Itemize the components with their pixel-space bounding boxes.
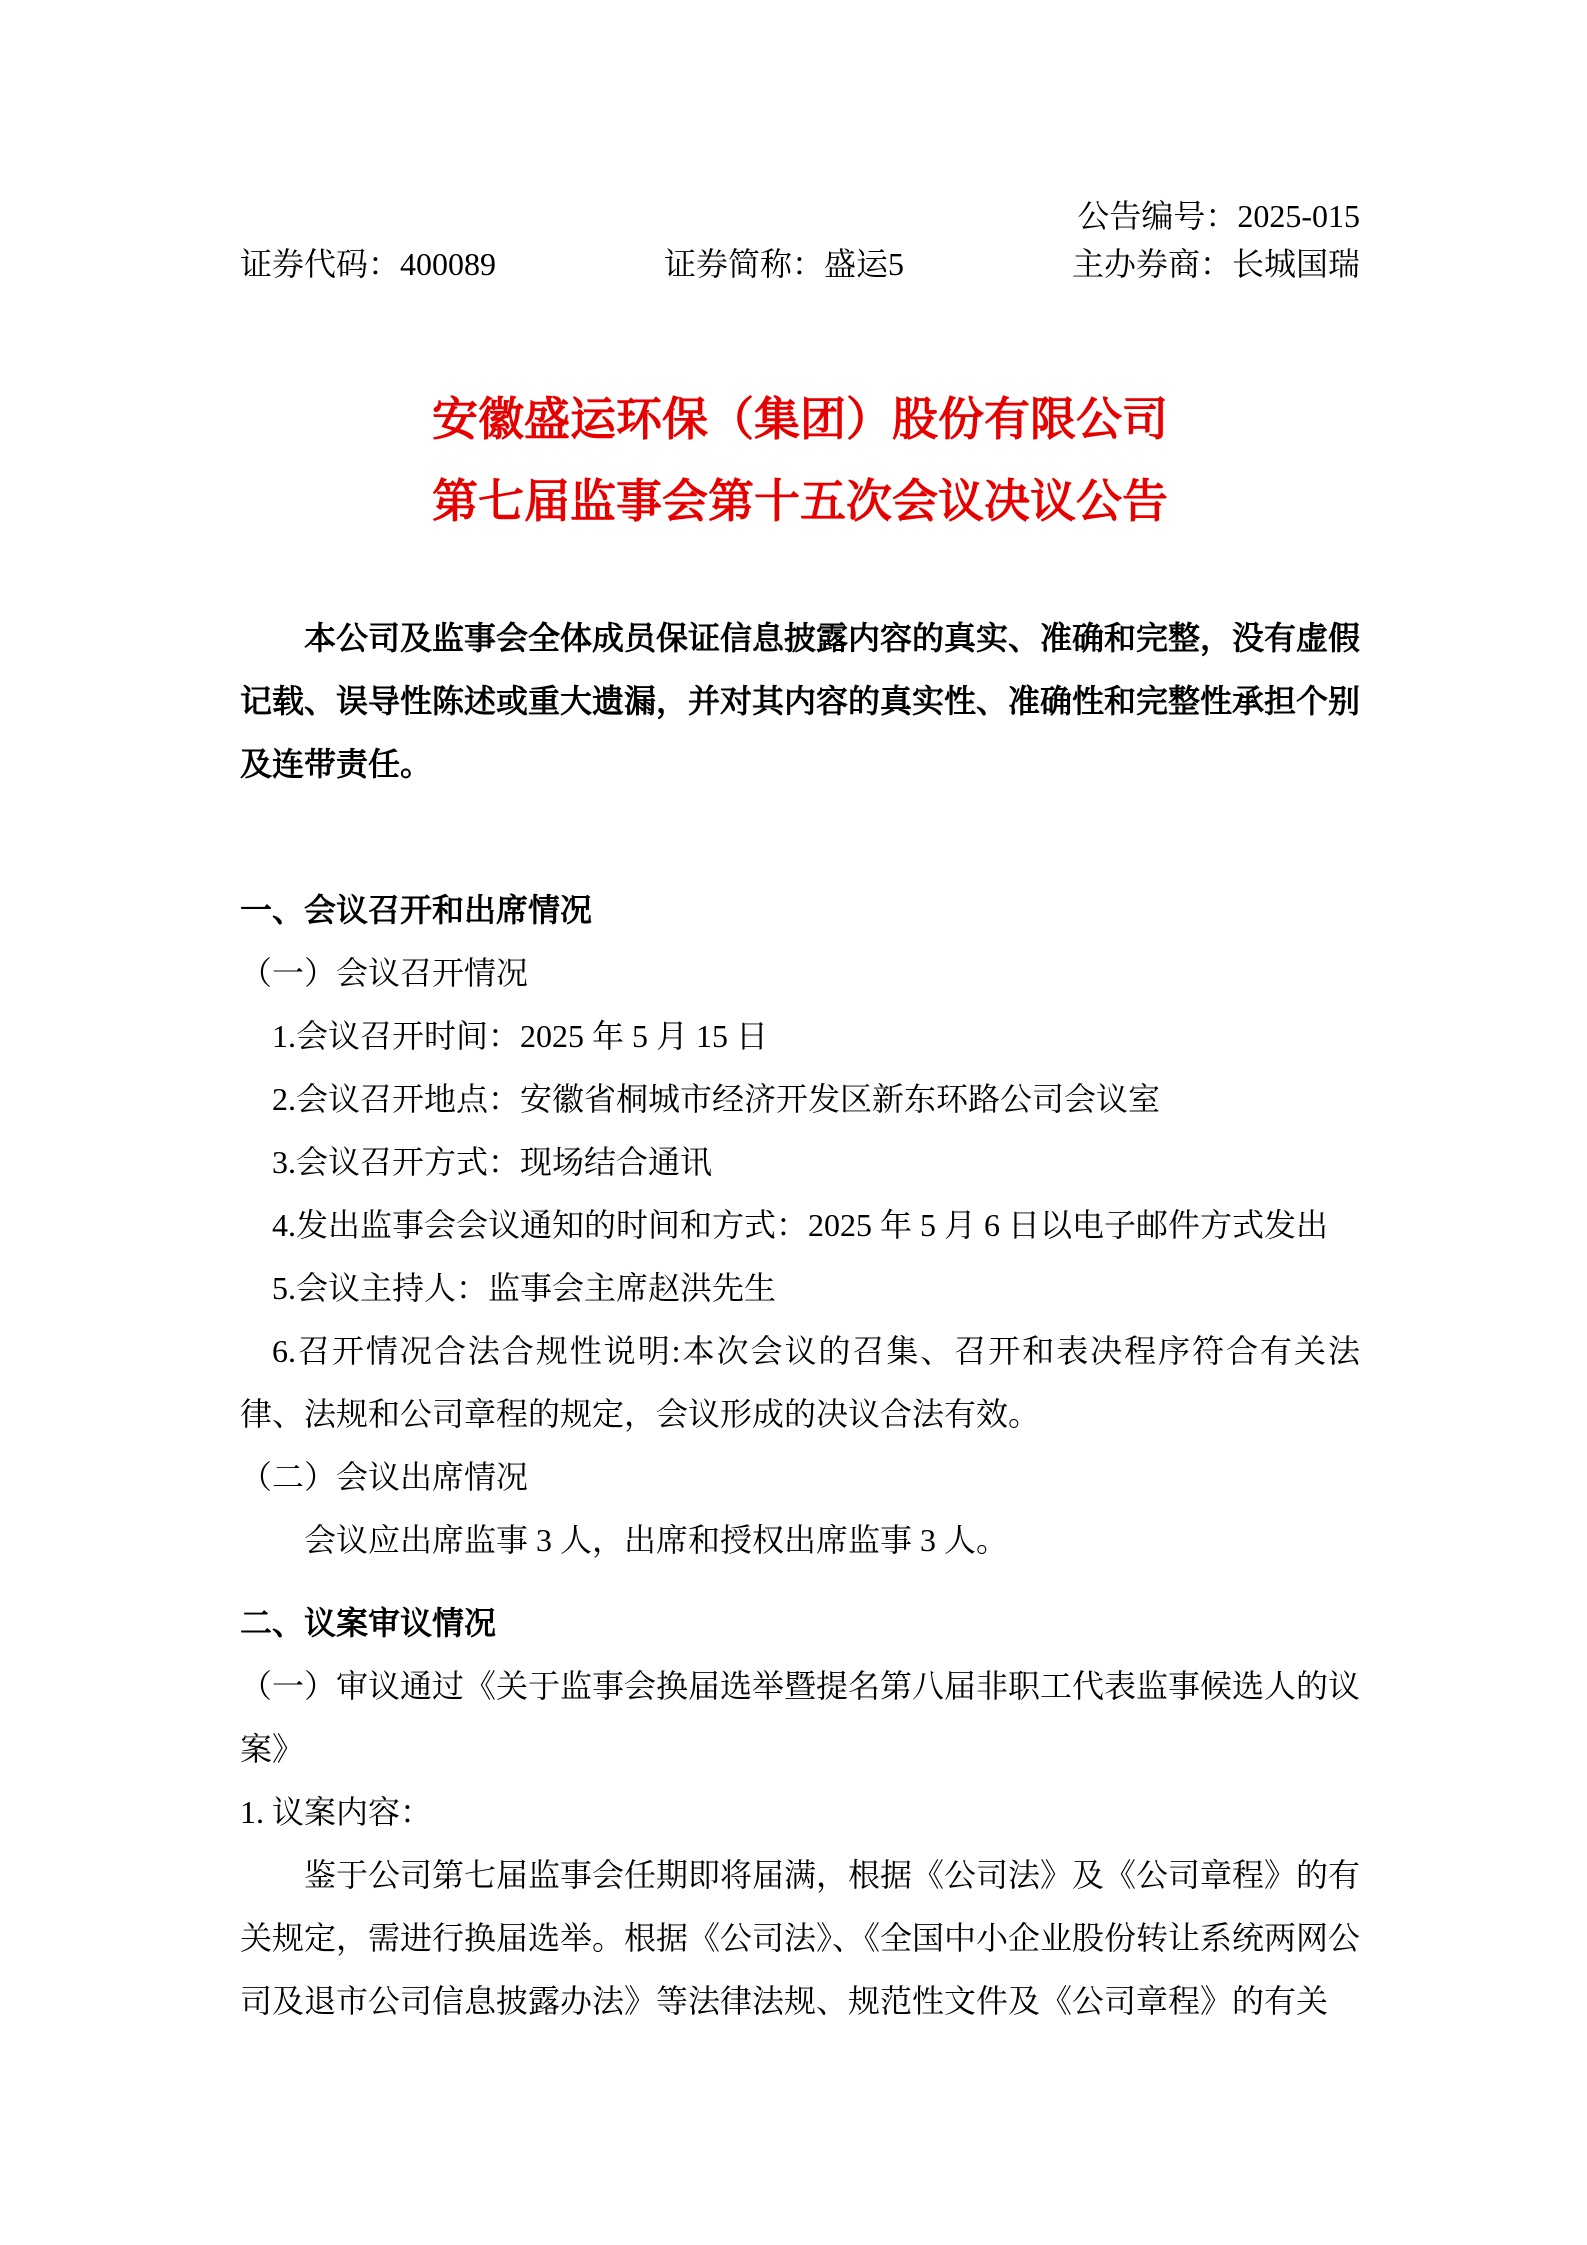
doc-title-line1: 安徽盛运环保（集团）股份有限公司 [240, 378, 1360, 460]
securities-meta-row: 证券代码：400089 证券简称：盛运5 主办券商：长城国瑞 [240, 240, 1360, 288]
meeting-item-1: 1.会议召开时间：2025 年 5 月 15 日 [240, 1005, 1360, 1068]
doc-title: 安徽盛运环保（集团）股份有限公司 第七届监事会第十五次会议决议公告 [240, 378, 1360, 542]
announcement-page: 公告编号：2025-015 证券代码：400089 证券简称：盛运5 主办券商：… [0, 0, 1587, 2245]
proposal-content-heading: 1. 议案内容： [240, 1781, 1360, 1844]
sponsor-broker: 主办券商：长城国瑞 [1072, 240, 1360, 288]
doc-title-line2: 第七届监事会第十五次会议决议公告 [240, 460, 1360, 542]
section-1-heading: 一、会议召开和出席情况 [240, 879, 1360, 942]
announcement-number: 公告编号：2025-015 [240, 192, 1360, 240]
subsection-1-2-heading: （二）会议出席情况 [240, 1446, 1360, 1509]
subsection-2-1-heading: （一）审议通过《关于监事会换届选举暨提名第八届非职工代表监事候选人的议案》 [240, 1655, 1360, 1781]
meeting-item-2: 2.会议召开地点：安徽省桐城市经济开发区新东环路公司会议室 [240, 1068, 1360, 1131]
securities-code: 证券代码：400089 [240, 240, 496, 288]
section-2-heading: 二、议案审议情况 [240, 1592, 1360, 1655]
subsection-1-1-heading: （一）会议召开情况 [240, 942, 1360, 1005]
attendance-paragraph: 会议应出席监事 3 人，出席和授权出席监事 3 人。 [240, 1509, 1360, 1572]
meeting-item-5: 5.会议主持人：监事会主席赵洪先生 [240, 1257, 1360, 1320]
proposal-paragraph: 鉴于公司第七届监事会任期即将届满，根据《公司法》及《公司章程》的有关规定，需进行… [240, 1844, 1360, 2033]
meeting-item-6: 6.召开情况合法合规性说明:本次会议的召集、召开和表决程序符合有关法律、法规和公… [240, 1320, 1360, 1446]
meeting-item-3: 3.会议召开方式：现场结合通讯 [240, 1131, 1360, 1194]
securities-abbr: 证券简称：盛运5 [664, 240, 904, 288]
meeting-item-4: 4.发出监事会会议通知的时间和方式：2025 年 5 月 6 日以电子邮件方式发… [240, 1194, 1360, 1257]
disclaimer-paragraph: 本公司及监事会全体成员保证信息披露内容的真实、准确和完整，没有虚假记载、误导性陈… [240, 607, 1360, 796]
page-content: 公告编号：2025-015 证券代码：400089 证券简称：盛运5 主办券商：… [0, 0, 1587, 2033]
